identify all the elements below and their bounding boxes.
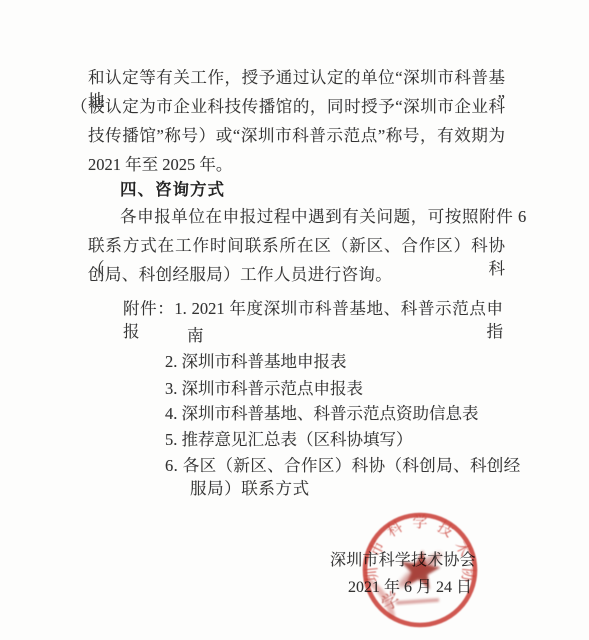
attachment-line: 6. 各区（新区、合作区）科协（科创局、科创经	[165, 454, 521, 477]
paragraph-line: 各申报单位在申报过程中遇到有关问题，可按照附件 6	[120, 205, 527, 228]
signature-organization: 深圳市科学技术协会	[330, 549, 476, 572]
document-page: 和认定等有关工作，授予通过认定的单位“深圳市科普基地” （被认定为市企业科技传播…	[0, 0, 589, 640]
attachment-line: 附件：1. 2021 年度深圳市科普基地、科普示范点申报指	[123, 297, 503, 343]
attachment-line: 2. 深圳市科普基地申报表	[165, 350, 347, 373]
attachment-line: 3. 深圳市科普示范点申报表	[165, 377, 363, 400]
attachment-line: 5. 推荐意见汇总表（区科协填写）	[165, 428, 413, 451]
signature-date: 2021 年 6 月 24 日	[348, 576, 472, 599]
attachment-line: 服局）联系方式	[190, 477, 310, 500]
attachment-line: 4. 深圳市科普基地、科普示范点资助信息表	[165, 402, 479, 425]
paragraph-line: （被认定为市企业科技传播馆的，同时授予“深圳市企业科	[71, 95, 505, 118]
seal-smudge-bar	[396, 598, 439, 604]
attachment-line: 南	[187, 324, 204, 347]
paragraph-line: 创局、科创经服局）工作人员进行咨询。	[88, 263, 392, 286]
paragraph-line: 2021 年至 2025 年。	[88, 153, 232, 176]
paragraph-line: 技传播馆”称号）或“深圳市科普示范点”称号，有效期为	[88, 124, 505, 147]
section-heading: 四、咨询方式	[120, 176, 225, 200]
